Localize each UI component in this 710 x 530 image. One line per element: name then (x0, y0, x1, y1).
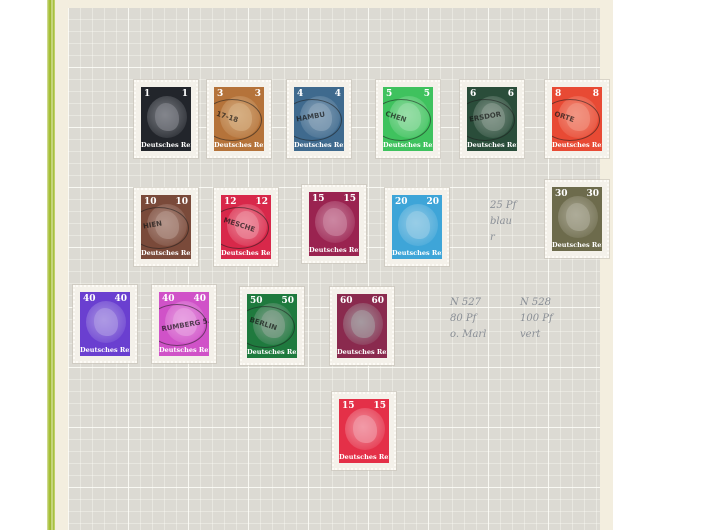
stamp-inscription: Deutsches Reich (309, 246, 359, 254)
stamp-60pf: 6060Deutsches Reich (330, 287, 394, 365)
portrait-icon (308, 103, 332, 131)
handwritten-note-n527: N 527 80 Pf o. Marl (450, 295, 486, 343)
stamp-denomination: 5 (424, 89, 430, 99)
stamp-denomination: 1 (182, 89, 188, 99)
portrait-icon (353, 415, 377, 443)
stamp-denomination: 4 (335, 89, 341, 99)
stamp-denomination: 6 (470, 89, 476, 99)
stamp-denomination: 3 (255, 89, 261, 99)
stamp-denomination: 50 (250, 296, 263, 306)
portrait-icon (155, 211, 179, 239)
stamp-denomination: 12 (224, 197, 237, 207)
stamp-design: 44Deutsches ReichHAMBU (294, 87, 344, 151)
stamp-design: 1010Deutsches ReichHIEN (141, 195, 191, 259)
stamp-inscription: Deutsches Reich (552, 141, 602, 149)
stamp-denomination: 40 (162, 294, 175, 304)
stamp-denomination: 5 (386, 89, 392, 99)
stamp-inscription: Deutsches Reich (80, 346, 130, 354)
stamp-30pf: 3030Deutsches Reich (545, 180, 609, 258)
stamp-design: 4040Deutsches Reich (80, 292, 130, 356)
stamp-denomination: 8 (555, 89, 561, 99)
stamp-inscription: Deutsches Reich (392, 249, 442, 257)
stamp-denomination: 3 (217, 89, 223, 99)
stamp-denomination: 40 (114, 294, 127, 304)
portrait-icon (566, 203, 590, 231)
stamp-design: 33Deutsches Reich17-18 (214, 87, 264, 151)
stamp-inscription: Deutsches Reich (552, 241, 602, 249)
portrait-icon (94, 308, 118, 336)
stamp-denomination: 8 (593, 89, 599, 99)
stamp-denomination: 12 (255, 197, 268, 207)
portrait-icon (155, 103, 179, 131)
stamp-design: 3030Deutsches Reich (552, 187, 602, 251)
stamp-40pf: 4040Deutsches ReichRUMBERG 5.36.10-11 (152, 285, 216, 363)
stamp-design: 66Deutsches ReichERSDOR (467, 87, 517, 151)
portrait-icon (406, 211, 430, 239)
stamp-inscription: Deutsches Reich (383, 141, 433, 149)
stamp-design: 4040Deutsches ReichRUMBERG 5.36.10-11 (159, 292, 209, 356)
stamp-denomination: 15 (342, 401, 355, 411)
stamp-denomination: 10 (144, 197, 157, 207)
stamp-denomination: 4 (297, 89, 303, 99)
stamp-8pf: 88Deutsches ReichORTE (545, 80, 609, 158)
stamp-denomination: 15 (373, 401, 386, 411)
portrait-icon (228, 103, 252, 131)
stamp-1pf: 11Deutsches Reich (134, 80, 198, 158)
stamp-denomination: 30 (555, 189, 568, 199)
stamp-design: 6060Deutsches Reich (337, 294, 387, 358)
stamp-design: 1515Deutsches Reich (339, 399, 389, 463)
stamp-inscription: Deutsches Reich (247, 348, 297, 356)
stamp-50pf: 5050Deutsches ReichBERLIN (240, 287, 304, 365)
stamp-design: 1515Deutsches Reich (309, 192, 359, 256)
stamp-inscription: Deutsches Reich (159, 346, 209, 354)
stamp-denomination: 50 (281, 296, 294, 306)
stamp-40pf: 4040Deutsches Reich (73, 285, 137, 363)
stamp-denomination: 1 (144, 89, 150, 99)
portrait-icon (173, 308, 197, 336)
stamp-inscription: Deutsches Reich (214, 141, 264, 149)
stamp-denomination: 60 (371, 296, 384, 306)
stamp-15pf: 1515Deutsches Reich (302, 185, 366, 263)
stamp-denomination: 30 (586, 189, 599, 199)
stamp-20pf: 2020Deutsches Reich (385, 188, 449, 266)
portrait-icon (261, 310, 285, 338)
portrait-icon (235, 211, 259, 239)
portrait-icon (481, 103, 505, 131)
handwritten-note-n528: N 528 100 Pf vert (520, 295, 553, 343)
stamp-inscription: Deutsches Reich (221, 249, 271, 257)
portrait-icon (397, 103, 421, 131)
stamp-denomination: 20 (395, 197, 408, 207)
stamp-inscription: Deutsches Reich (467, 141, 517, 149)
stamp-design: 5050Deutsches ReichBERLIN (247, 294, 297, 358)
stamp-design: 2020Deutsches Reich (392, 195, 442, 259)
stamp-15pf: 1515Deutsches Reich (332, 392, 396, 470)
stamp-10pf: 1010Deutsches ReichHIEN (134, 188, 198, 266)
stamp-3pf: 33Deutsches Reich17-18 (207, 80, 271, 158)
stamp-inscription: Deutsches Reich (141, 141, 191, 149)
stamp-inscription: Deutsches Reich (337, 348, 387, 356)
stamp-denomination: 40 (193, 294, 206, 304)
album-binding-stripe (47, 0, 55, 530)
stamp-design: 55Deutsches ReichCHEN (383, 87, 433, 151)
stamp-design: 11Deutsches Reich (141, 87, 191, 151)
handwritten-note-25pf: 25 Pf blau r (490, 198, 516, 246)
stamp-6pf: 66Deutsches ReichERSDOR (460, 80, 524, 158)
stamp-denomination: 20 (426, 197, 439, 207)
portrait-icon (351, 310, 375, 338)
portrait-icon (323, 208, 347, 236)
stamp-4pf: 44Deutsches ReichHAMBU (287, 80, 351, 158)
stamp-inscription: Deutsches Reich (339, 453, 389, 461)
stamp-denomination: 15 (312, 194, 325, 204)
stamp-denomination: 60 (340, 296, 353, 306)
stamp-denomination: 40 (83, 294, 96, 304)
stamp-denomination: 15 (343, 194, 356, 204)
stamp-design: 88Deutsches ReichORTE (552, 87, 602, 151)
portrait-icon (566, 103, 590, 131)
stamp-denomination: 6 (508, 89, 514, 99)
stamp-inscription: Deutsches Reich (294, 141, 344, 149)
stamp-denomination: 10 (175, 197, 188, 207)
stamp-design: 1212Deutsches ReichMESCHE (221, 195, 271, 259)
stamp-5pf: 55Deutsches ReichCHEN (376, 80, 440, 158)
stamp-12pf: 1212Deutsches ReichMESCHE (214, 188, 278, 266)
stamp-inscription: Deutsches Reich (141, 249, 191, 257)
